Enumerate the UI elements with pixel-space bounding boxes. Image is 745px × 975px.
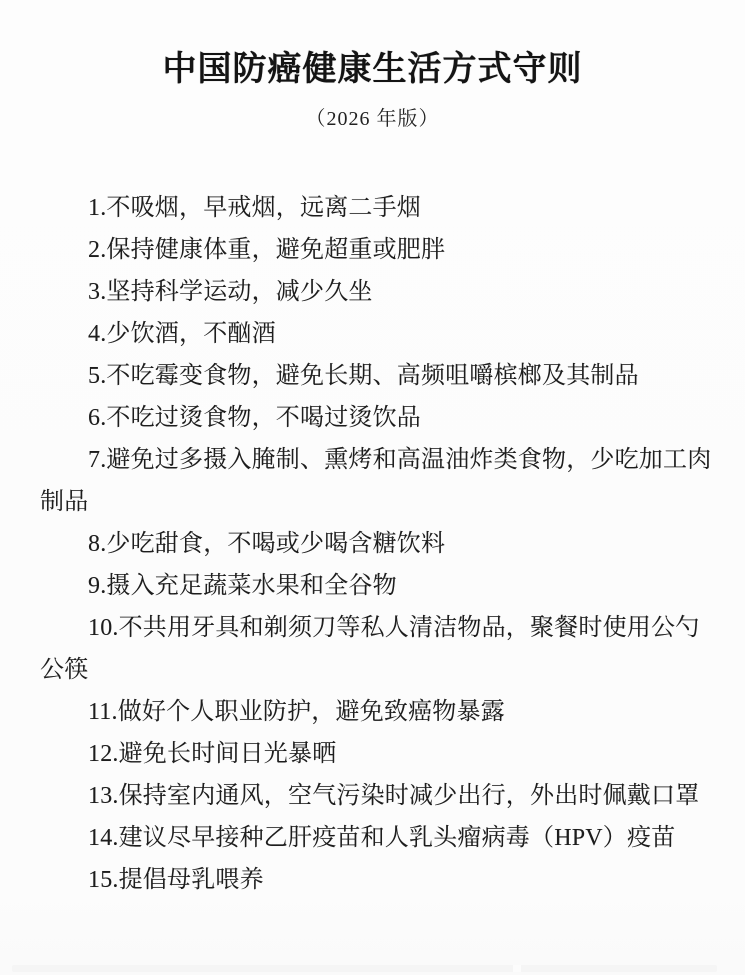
guideline-item-11: 11.做好个人职业防护，避免致癌物暴露 xyxy=(40,691,712,733)
document-subtitle: （2026 年版） xyxy=(0,102,745,131)
guideline-item-6: 6.不吃过烫食物，不喝过烫饮品 xyxy=(40,397,712,439)
guideline-item-10: 10.不共用牙具和剃须刀等私人清洁物品，聚餐时使用公勺公筷 xyxy=(40,607,712,691)
page-edge-gap xyxy=(513,965,521,972)
guideline-item-2: 2.保持健康体重，避免超重或肥胖 xyxy=(40,229,712,271)
guideline-item-7: 7.避免过多摄入腌制、熏烤和高温油炸类食物，少吃加工肉制品 xyxy=(40,439,712,523)
guideline-item-1: 1.不吸烟，早戒烟，远离二手烟 xyxy=(40,187,712,229)
guideline-item-3: 3.坚持科学运动，减少久坐 xyxy=(40,271,712,313)
guideline-item-13: 13.保持室内通风，空气污染时减少出行，外出时佩戴口罩 xyxy=(40,775,712,817)
guideline-item-9: 9.摄入充足蔬菜水果和全谷物 xyxy=(40,565,712,607)
guideline-item-8: 8.少吃甜食，不喝或少喝含糖饮料 xyxy=(40,523,712,565)
guideline-item-12: 12.避免长时间日光暴晒 xyxy=(40,733,712,775)
guideline-list: 1.不吸烟，早戒烟，远离二手烟 2.保持健康体重，避免超重或肥胖 3.坚持科学运… xyxy=(40,187,712,901)
document-title: 中国防癌健康生活方式守则 xyxy=(0,0,745,91)
document-page: 中国防癌健康生活方式守则 （2026 年版） 1.不吸烟，早戒烟，远离二手烟 2… xyxy=(0,0,745,975)
guideline-item-5: 5.不吃霉变食物，避免长期、高频咀嚼槟榔及其制品 xyxy=(40,355,712,397)
page-edge-shadow xyxy=(12,965,717,972)
guideline-item-14: 14.建议尽早接种乙肝疫苗和人乳头瘤病毒（HPV）疫苗 xyxy=(40,817,712,859)
guideline-item-15: 15.提倡母乳喂养 xyxy=(40,859,712,901)
guideline-item-4: 4.少饮酒，不酗酒 xyxy=(40,313,712,355)
